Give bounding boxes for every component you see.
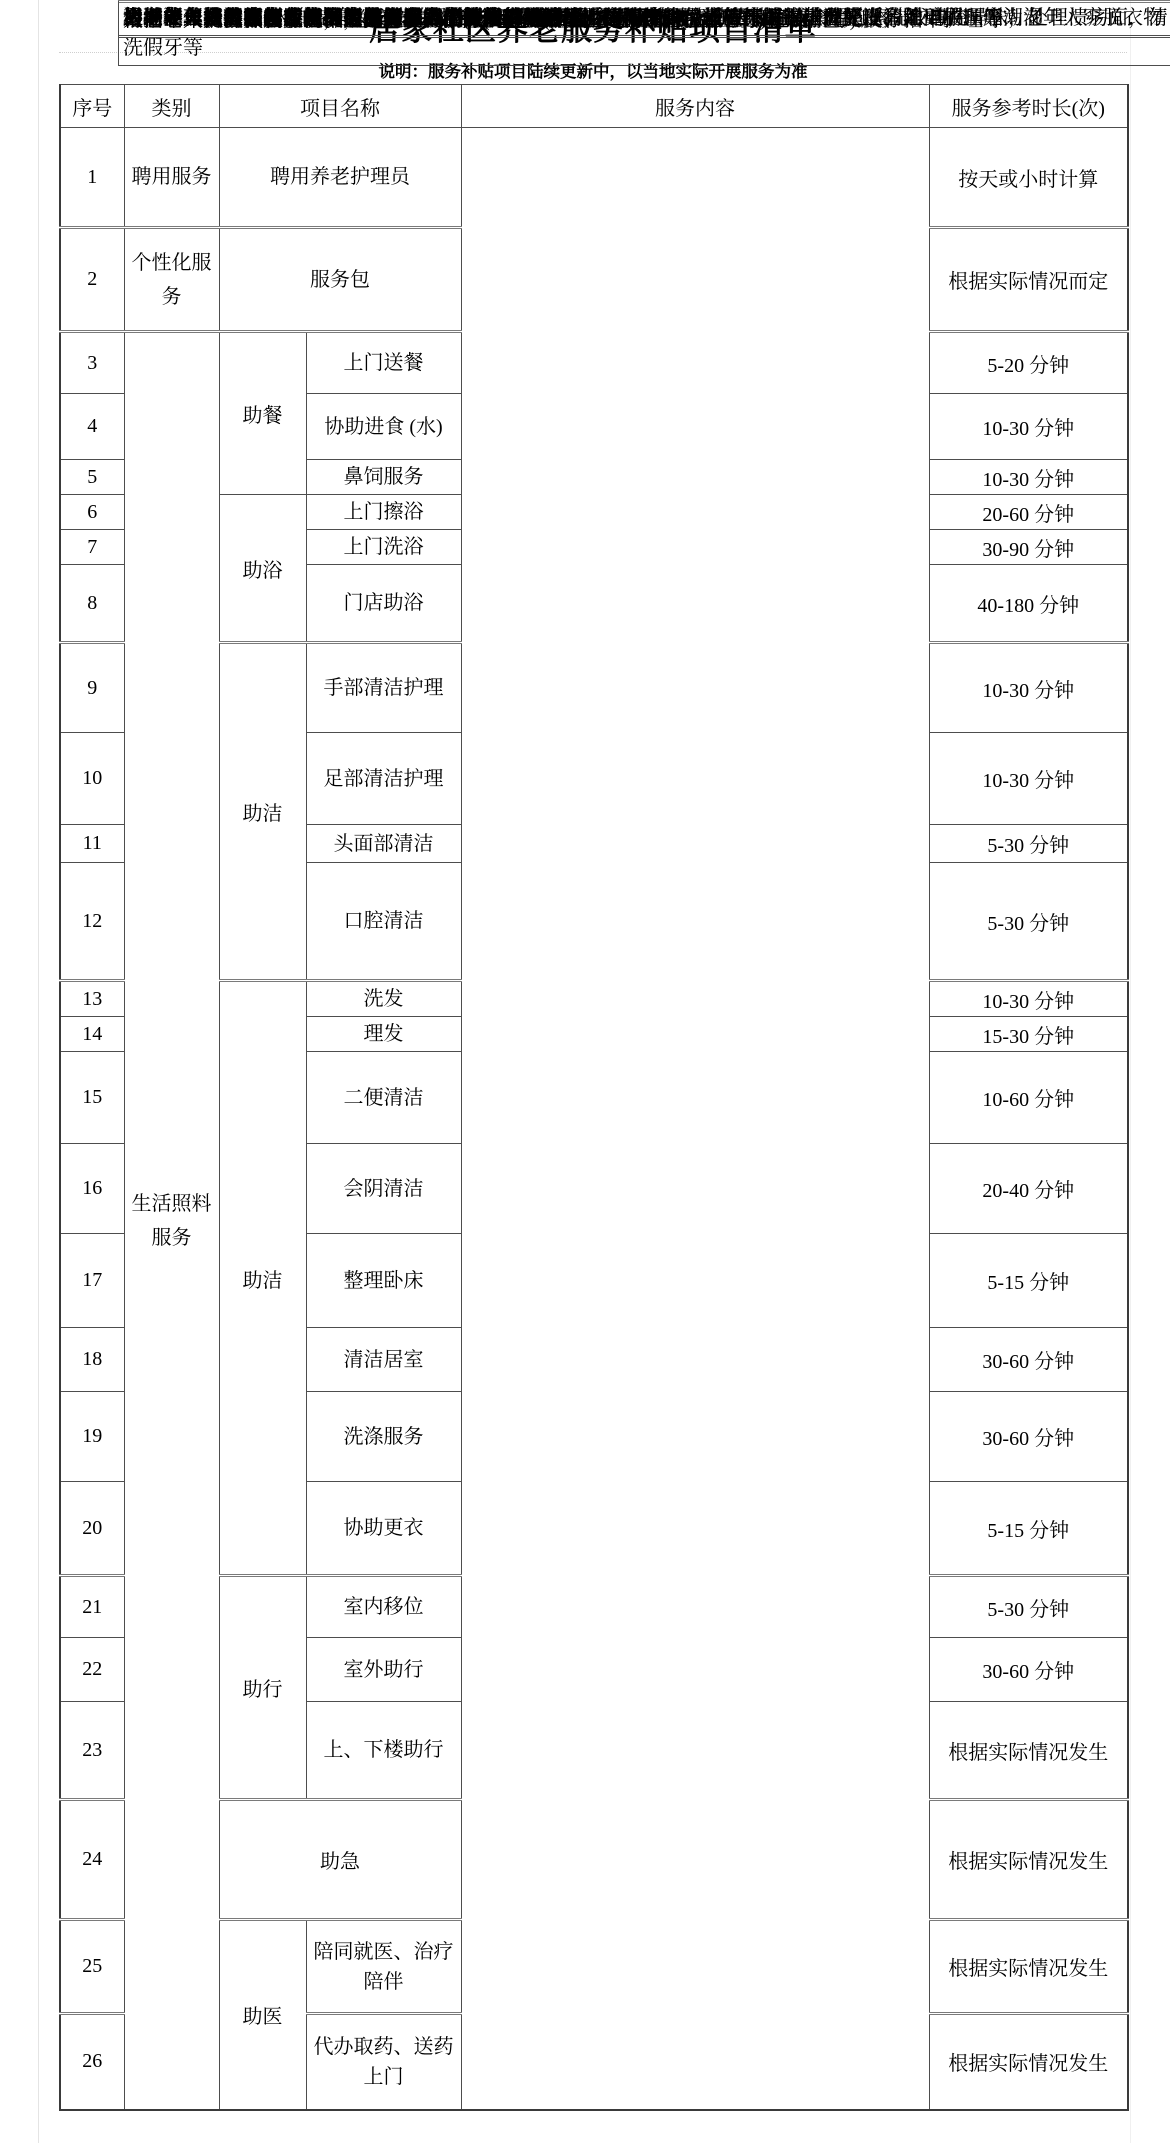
table-row: 25 助医 陪同就医、治疗陪伴 为老年人就医和转诊提供陪同就医、治疗陪伴等(不包… [60,1920,1128,2014]
col-header-category: 类别 [124,85,219,128]
row-number: 3 [60,332,124,394]
project-name-cell: 头面部清洁 [306,825,461,863]
sheet-content: 居家社区养老服务补贴项目清单 说明：服务补贴项目陆续更新中，以当地实际开展服务为… [59,0,1127,2111]
project-name-cell: 洗涤服务 [306,1392,461,1482]
sheet-right-gridline [1130,0,1131,2143]
project-name-cell: 手部清洁护理 [306,643,461,733]
row-number: 9 [60,643,124,733]
row-number: 13 [60,981,124,1017]
group-cell-emergency-assist: 助急 [219,1800,461,1920]
table-row: 24 助急 为老年人提供紧急呼叫、紧急转介等服务(不 包括使用车辆产生的交 通费… [60,1800,1128,1920]
col-header-project: 项目名称 [219,85,461,128]
group-cell-mobility-assist: 助行 [219,1576,306,1800]
project-name-cell: 上、下楼助行 [306,1702,461,1800]
duration-cell: 根据实际情况发生 [929,1920,1128,2014]
group-cell-medical-assist: 助医 [219,1920,306,2110]
service-content-cell: 为老年人提供代办取药 、送药上门等(不包括 使用车辆产生的交通费用等) [118,0,1170,38]
table-row: 9 助洁 手部清洁护理 根据老年人手部皮肤情况，选择适宜的方法对其手部进行清洗，… [60,643,1128,733]
table-row: 21 助行 室内移位 根据老年人身体状况选择适宜的移动工具，协助其在室内移动和移… [60,1576,1128,1638]
table-row: 6 助浴 上门擦浴 对老年人进行局部或全身擦浴 20-60 分钟 [60,495,1128,530]
project-name-cell: 理发 [306,1017,461,1052]
row-number: 15 [60,1052,124,1144]
col-header-content: 服务内容 [461,85,929,128]
group-cell-clean-assist-1: 助洁 [219,643,306,981]
duration-cell: 30-60 分钟 [929,1328,1128,1392]
duration-cell: 5-20 分钟 [929,332,1128,394]
table-row: 3 生活照料服务 助餐 上门送餐 根据老年人的订餐信息，为其送餐上门(仅为配送费… [60,332,1128,394]
duration-cell: 10-30 分钟 [929,733,1128,825]
project-name-cell: 上门洗浴 [306,530,461,565]
subsidy-list-page: 居家社区养老服务补贴项目清单 说明：服务补贴项目陆续更新中，以当地实际开展服务为… [0,0,1170,2143]
project-name-cell: 室内移位 [306,1576,461,1638]
group-cell-bath-assist: 助浴 [219,495,306,643]
project-name-cell: 上门送餐 [306,332,461,394]
duration-cell: 30-60 分钟 [929,1638,1128,1702]
row-number: 14 [60,1017,124,1052]
duration-cell: 10-30 分钟 [929,981,1128,1017]
project-name-cell: 上门擦浴 [306,495,461,530]
project-name-cell: 清洁居室 [306,1328,461,1392]
duration-cell: 30-60 分钟 [929,1392,1128,1482]
duration-cell: 5-30 分钟 [929,863,1128,981]
row-number: 11 [60,825,124,863]
project-name-cell: 足部清洁护理 [306,733,461,825]
project-name-cell: 二便清洁 [306,1052,461,1144]
duration-cell: 10-30 分钟 [929,460,1128,495]
duration-cell: 10-30 分钟 [929,394,1128,460]
category-cell-daily-life-care: 生活照料服务 [124,332,219,2110]
row-number: 8 [60,565,124,643]
subsidy-table: 序号 类别 项目名称 服务内容 服务参考时长(次) 1 聘用服务 聘用养老护理员… [59,84,1129,2111]
project-name-cell: 会阴清洁 [306,1144,461,1234]
project-name-cell: 代办取药、送药上门 [306,2014,461,2110]
row-number: 17 [60,1234,124,1328]
col-header-index: 序号 [60,85,124,128]
row-number: 22 [60,1638,124,1702]
row-number: 26 [60,2014,124,2110]
duration-cell: 根据实际情况而定 [929,228,1128,332]
project-name-cell: 口腔清洁 [306,863,461,981]
col-header-duration: 服务参考时长(次) [929,85,1128,128]
duration-cell: 根据实际情况发生 [929,1800,1128,1920]
project-name-cell: 协助更衣 [306,1482,461,1576]
category-cell-hire-service: 聘用服务 [124,128,219,228]
row-number: 10 [60,733,124,825]
duration-cell: 根据实际情况发生 [929,1702,1128,1800]
category-cell-personalized-service: 个性化服务 [124,228,219,332]
row-number: 20 [60,1482,124,1576]
project-name-cell: 门店助浴 [306,565,461,643]
row-number: 5 [60,460,124,495]
duration-cell: 按天或小时计算 [929,128,1128,228]
duration-cell: 20-60 分钟 [929,495,1128,530]
duration-cell: 30-90 分钟 [929,530,1128,565]
duration-cell: 20-40 分钟 [929,1144,1128,1234]
group-cell-clean-assist-2: 助洁 [219,981,306,1576]
table-header-row: 序号 类别 项目名称 服务内容 服务参考时长(次) [60,85,1128,128]
row-number: 4 [60,394,124,460]
table-row: 13 助洁 洗发 为老年人清洗头发并吹干 10-30 分钟 [60,981,1128,1017]
sheet-left-gridline [38,0,39,2143]
row-number: 23 [60,1702,124,1800]
row-number: 12 [60,863,124,981]
group-cell-meal-assist: 助餐 [219,332,306,495]
row-number: 25 [60,1920,124,2014]
row-number: 21 [60,1576,124,1638]
row-number: 24 [60,1800,124,1920]
row-number: 2 [60,228,124,332]
table-row: 2 个性化服务 服务包 根据老年人需求情况提供包括“六助”、基础照护服务、健康管… [60,228,1128,332]
project-name-cell: 洗发 [306,981,461,1017]
duration-cell: 10-30 分钟 [929,643,1128,733]
project-name-cell: 室外助行 [306,1638,461,1702]
duration-cell: 5-15 分钟 [929,1234,1128,1328]
duration-cell: 5-30 分钟 [929,1576,1128,1638]
table-row: 1 聘用服务 聘用养老护理员 全职或兼职为居家老年人提供专业养老服务 按天或小时… [60,128,1128,228]
duration-cell: 根据实际情况发生 [929,2014,1128,2110]
duration-cell: 10-60 分钟 [929,1052,1128,1144]
project-name-cell: 整理卧床 [306,1234,461,1328]
row-number: 16 [60,1144,124,1234]
duration-cell: 5-15 分钟 [929,1482,1128,1576]
project-name-cell: 协助进食 (水) [306,394,461,460]
project-name-cell: 鼻饲服务 [306,460,461,495]
row-number: 7 [60,530,124,565]
duration-cell: 15-30 分钟 [929,1017,1128,1052]
row-number: 6 [60,495,124,530]
row-number: 1 [60,128,124,228]
project-name-cell: 聘用养老护理员 [219,128,461,228]
row-number: 18 [60,1328,124,1392]
row-number: 19 [60,1392,124,1482]
duration-cell: 40-180 分钟 [929,565,1128,643]
project-name-cell: 陪同就医、治疗陪伴 [306,1920,461,2014]
project-name-cell: 服务包 [219,228,461,332]
duration-cell: 5-30 分钟 [929,825,1128,863]
